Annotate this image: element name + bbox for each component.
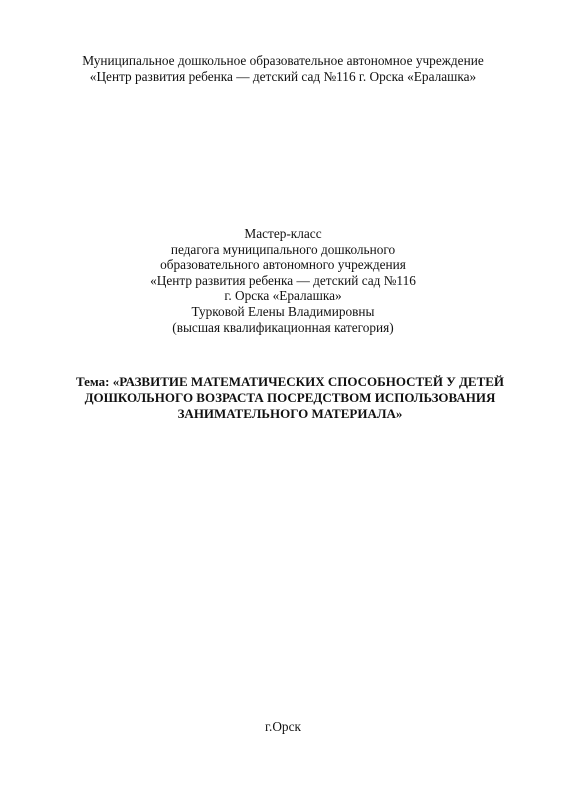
master-class-info: Мастер-класс педагога муниципального дош… [0, 226, 566, 335]
author-name: Турковой Елены Владимировны [0, 304, 566, 320]
topic-line: ЗАНИМАТЕЛЬНОГО МАТЕРИАЛА» [60, 406, 520, 422]
topic-line: Тема: «РАЗВИТИЕ МАТЕМАТИЧЕСКИХ СПОСОБНОС… [60, 374, 520, 390]
organization-header: Муниципальное дошкольное образовательное… [0, 53, 566, 84]
master-class-line: педагога муниципального дошкольного [0, 242, 566, 258]
city-name: г.Орск [0, 719, 566, 735]
city-footer: г.Орск [0, 719, 566, 735]
master-class-line: «Центр развития ребенка — детский сад №1… [0, 273, 566, 289]
organization-line: Муниципальное дошкольное образовательное… [0, 53, 566, 69]
topic-line: ДОШКОЛЬНОГО ВОЗРАСТА ПОСРЕДСТВОМ ИСПОЛЬЗ… [60, 390, 520, 406]
organization-line: «Центр развития ребенка — детский сад №1… [0, 69, 566, 85]
document-page: Муниципальное дошкольное образовательное… [0, 0, 566, 800]
master-class-title: Мастер-класс [0, 226, 566, 242]
master-class-line: г. Орска «Ералашка» [0, 288, 566, 304]
master-class-line: образовательного автономного учреждения [0, 257, 566, 273]
topic-title: Тема: «РАЗВИТИЕ МАТЕМАТИЧЕСКИХ СПОСОБНОС… [60, 374, 520, 422]
author-category: (высшая квалификационная категория) [0, 320, 566, 336]
